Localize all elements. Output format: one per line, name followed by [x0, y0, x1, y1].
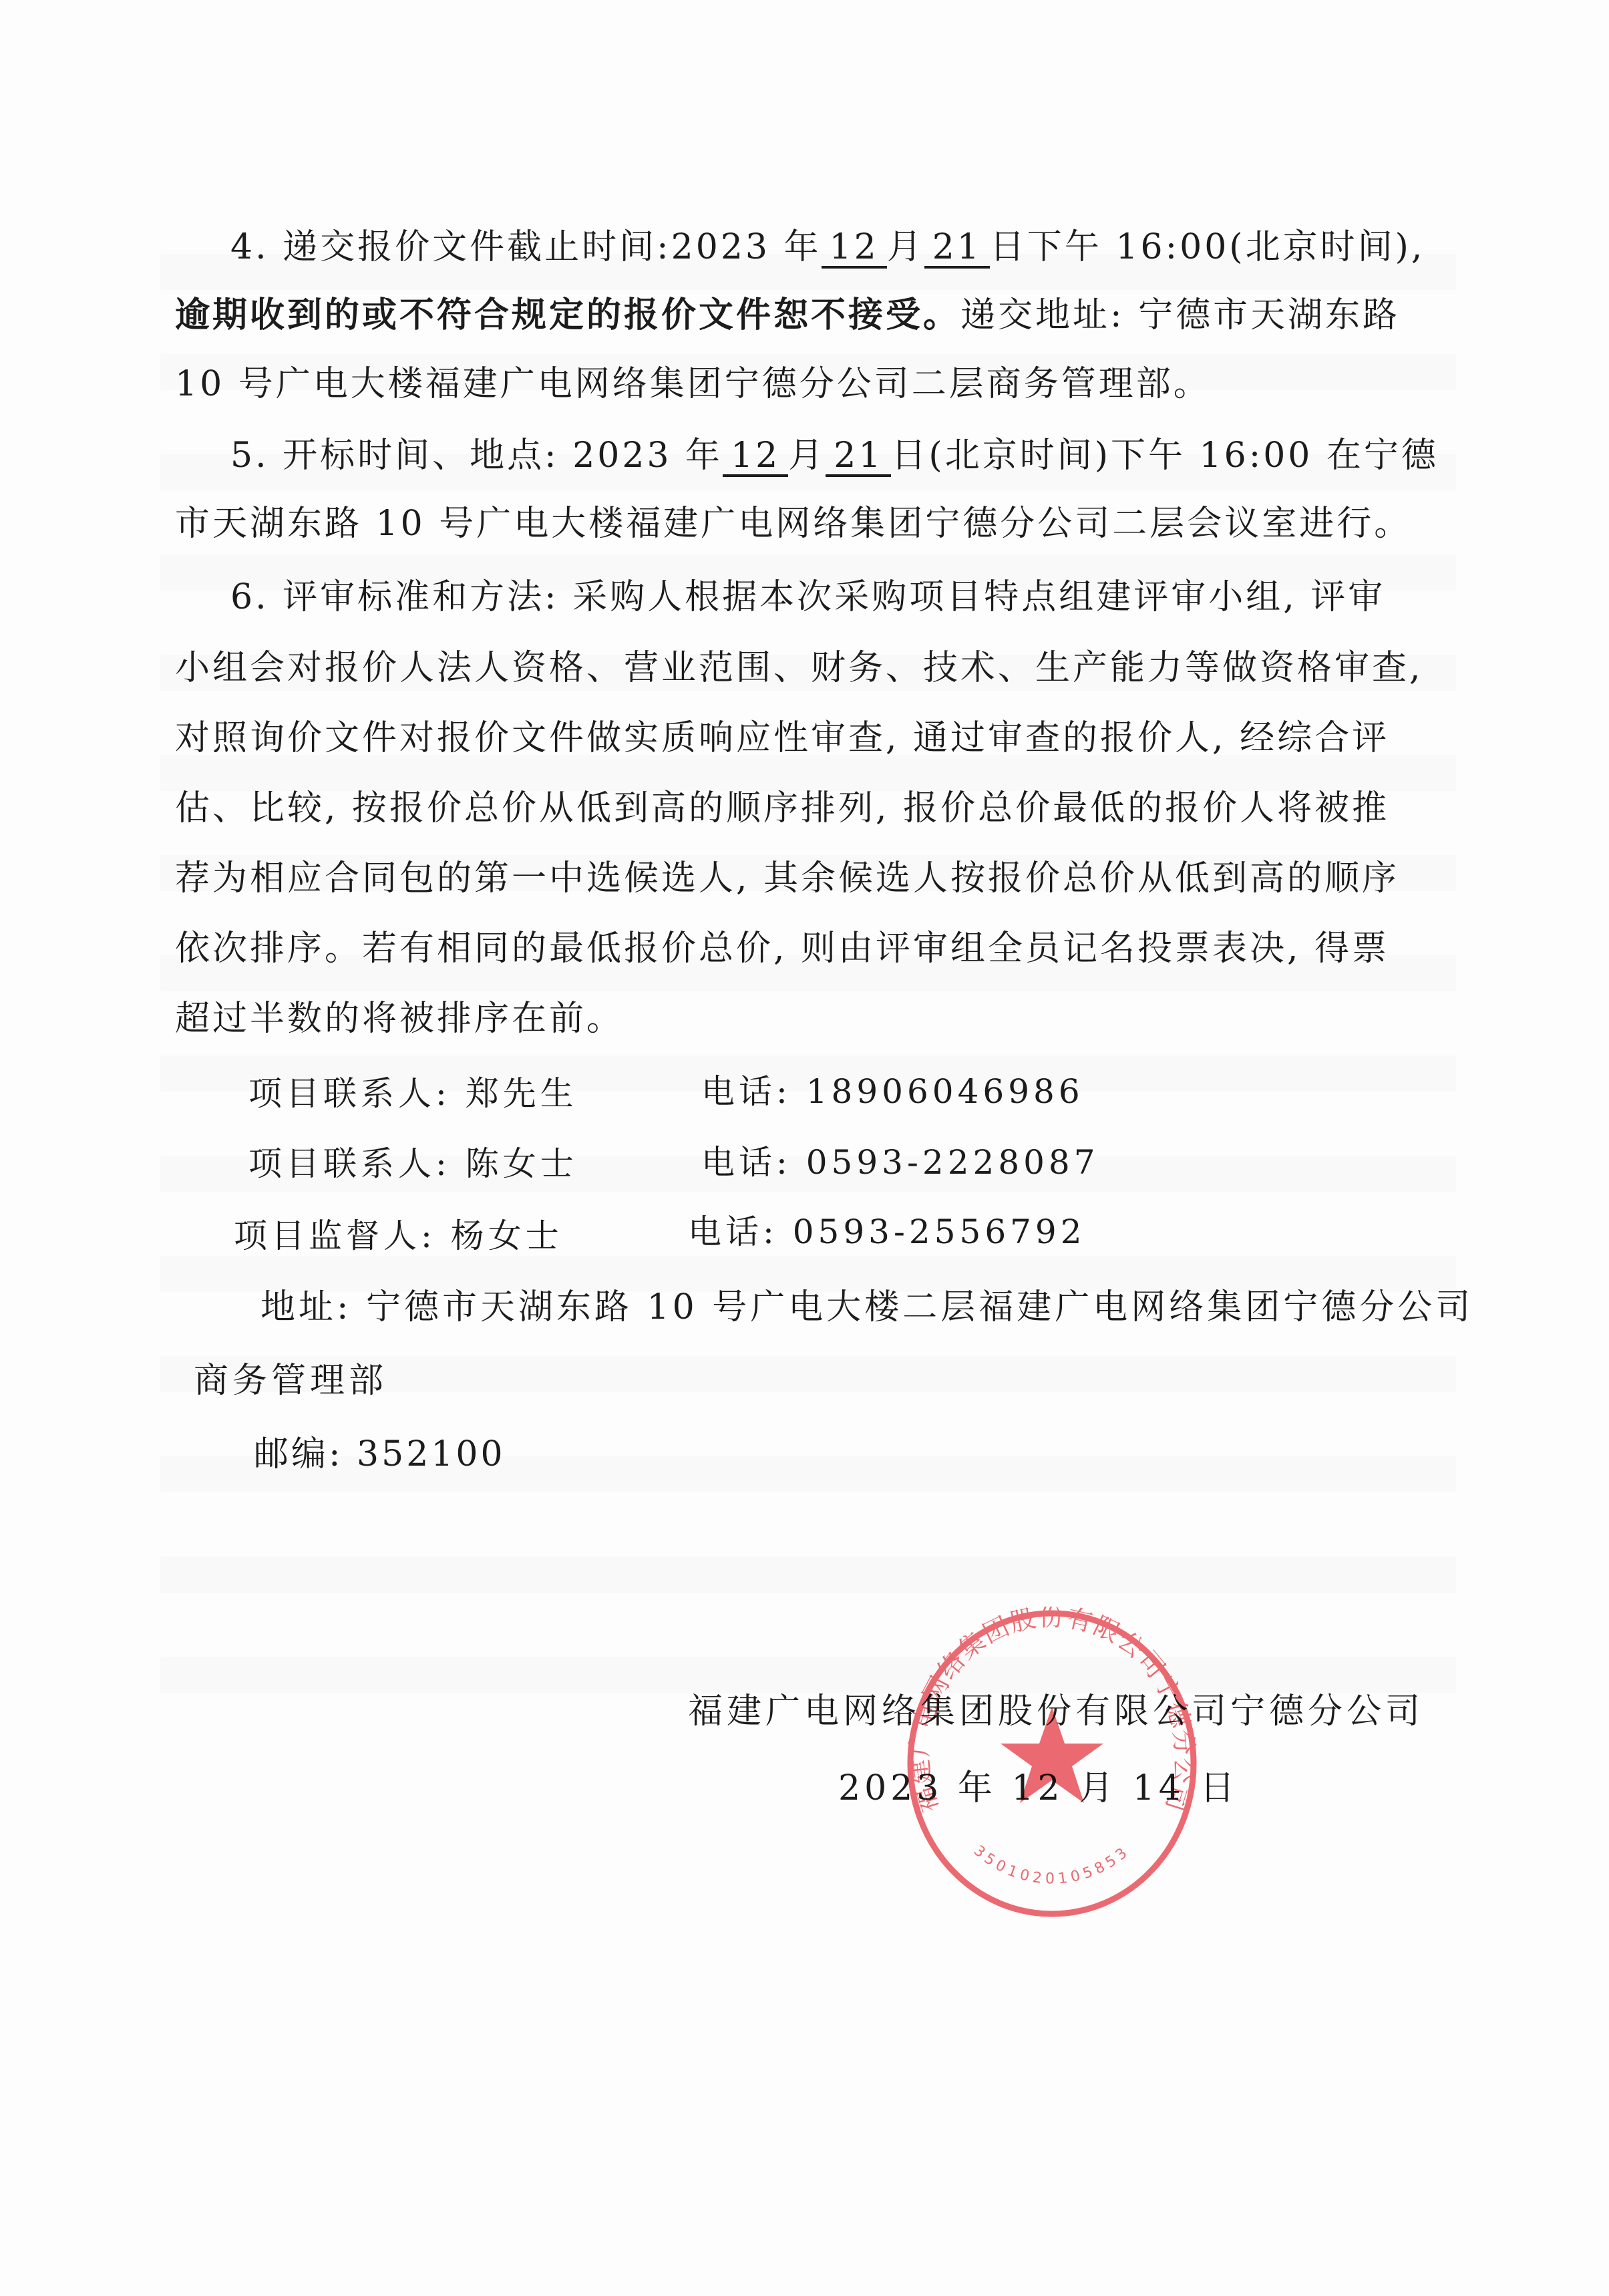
- address-line1: 地址: 宁德市天湖东路 10 号广电大楼二层福建广电网络集团宁德分公司: [260, 1286, 1473, 1329]
- item4-line3: 10 号广电大楼福建广电网络集团宁德分公司二层商务管理部。: [175, 363, 1211, 405]
- postcode: 邮编: 352100: [254, 1433, 506, 1476]
- contact-label-zheng: 项目联系人: 郑先生: [248, 1072, 578, 1115]
- item6-line: 估、比较, 按报价总价从低到高的顺序排列, 报价总价最低的报价人将被推: [175, 787, 1389, 830]
- address-line2: 商务管理部: [194, 1359, 387, 1402]
- official-seal-icon: 福建广电网络集团股份有限公司宁德分公司 3501020105853: [902, 1607, 1202, 1921]
- contact-label-chen: 项目联系人: 陈女士: [248, 1142, 578, 1185]
- item5-line2: 市天湖东路 10 号广电大楼福建广电网络集团宁德分公司二层会议室进行。: [175, 502, 1411, 545]
- item6-line: 超过半数的将被排序在前。: [175, 997, 624, 1040]
- svg-text:3501020105853: 3501020105853: [970, 1842, 1133, 1887]
- item6-line: 对照询价文件对报价文件做实质响应性审查, 通过审查的报价人, 经综合评: [175, 717, 1389, 760]
- item5-line1: 5. 开标时间、地点: 2023 年12月21日(北京时间)下午 16:00 在…: [230, 434, 1439, 477]
- item6-line: 小组会对报价人法人资格、营业范围、财务、技术、生产能力等做资格审查,: [175, 647, 1423, 689]
- supervisor-phone-yang: 电话: 0593-2556792: [688, 1210, 1086, 1253]
- item6-line: 依次排序。若有相同的最低报价总价, 则由评审组全员记名投票表决, 得票: [175, 927, 1389, 970]
- supervisor-label-yang: 项目监督人: 杨女士: [234, 1214, 563, 1257]
- document-page: 4. 递交报价文件截止时间:2023 年12月21日下午 16:00(北京时间)…: [0, 0, 1609, 2296]
- item6-line: 6. 评审标准和方法: 采购人根据本次采购项目特点组建评审小组, 评审: [230, 576, 1385, 619]
- item5-month-blank: 12: [723, 437, 788, 477]
- item5-day-blank: 21: [826, 437, 891, 477]
- contact-phone-chen: 电话: 0593-2228087: [701, 1141, 1099, 1184]
- item4-line1: 4. 递交报价文件截止时间:2023 年12月21日下午 16:00(北京时间)…: [230, 226, 1425, 269]
- item4-day-blank: 21: [924, 228, 990, 269]
- item4-month-blank: 12: [822, 228, 887, 269]
- late-submission-notice: 逾期收到的或不符合规定的报价文件恕不接受。: [175, 295, 960, 335]
- item6-line: 荐为相应合同包的第一中选候选人, 其余候选人按报价总价从低到高的顺序: [175, 857, 1399, 900]
- contact-phone-zheng: 电话: 18906046986: [701, 1070, 1084, 1113]
- item4-line2: 逾期收到的或不符合规定的报价文件恕不接受。递交地址: 宁德市天湖东路: [175, 294, 1400, 337]
